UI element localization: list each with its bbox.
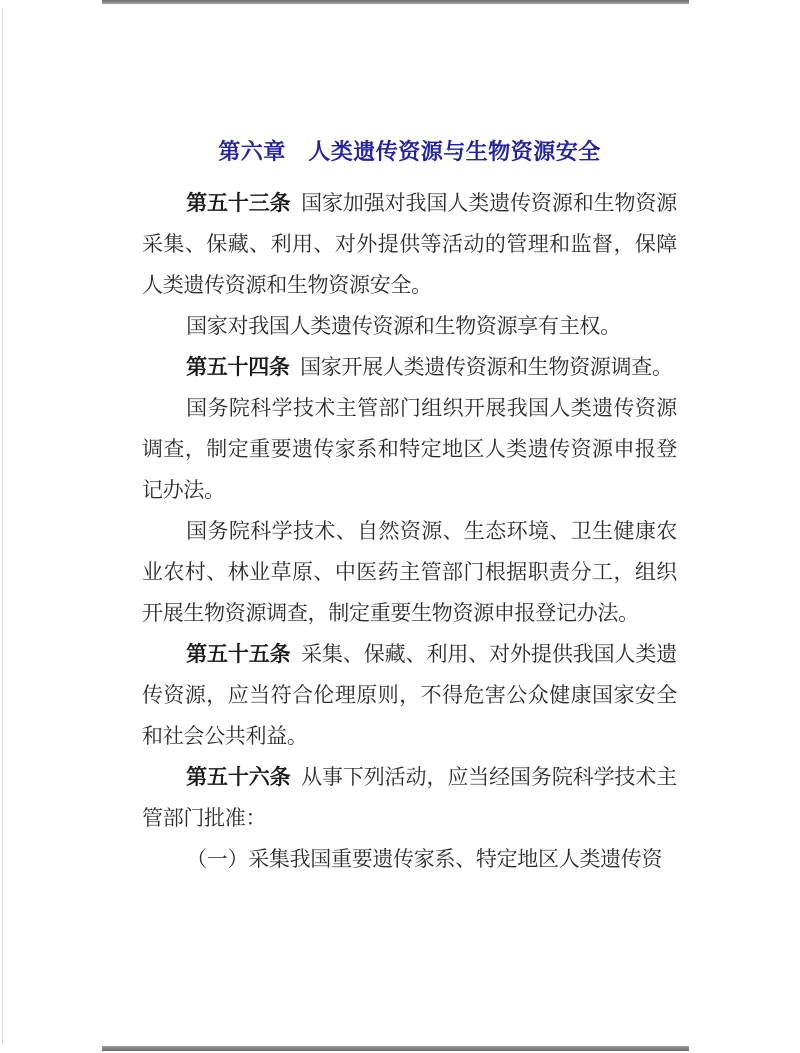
paragraph: 国务院科学技术、自然资源、生态环境、卫生健康农业农村、林业草原、中医药主管部门根… <box>142 511 677 634</box>
left-page-edge-line <box>2 8 3 1045</box>
paragraph-text: 国务院科学技术主管部门组织开展我国人类遗传资源调查，制定重要遗传家系和特定地区人… <box>142 397 677 502</box>
article-number: 第五十四条 <box>186 356 290 379</box>
paragraph-item-1: （一）采集我国重要遗传家系、特定地区人类遗传资 <box>142 839 677 880</box>
paragraph-article-54: 第五十四条国家开展人类遗传资源和生物资源调查。 <box>142 347 677 388</box>
paragraph-article-53: 第五十三条国家加强对我国人类遗传资源和生物资源采集、保藏、利用、对外提供等活动的… <box>142 183 677 306</box>
document-page: 第六章 人类遗传资源与生物资源安全 第五十三条国家加强对我国人类遗传资源和生物资… <box>142 139 677 880</box>
paragraph-text: 国家对我国人类遗传资源和生物资源享有主权。 <box>186 315 621 338</box>
article-number: 第五十五条 <box>186 643 290 666</box>
paragraph-article-56: 第五十六条从事下列活动，应当经国务院科学技术主管部门批准： <box>142 757 677 839</box>
paragraph-article-55: 第五十五条采集、保藏、利用、对外提供我国人类遗传资源，应当符合伦理原则，不得危害… <box>142 634 677 757</box>
previous-page-bottom-edge <box>102 0 689 4</box>
article-number: 第五十六条 <box>186 766 290 789</box>
paragraph-text: （一）采集我国重要遗传家系、特定地区人类遗传资 <box>186 848 662 871</box>
paragraph-text: 国家开展人类遗传资源和生物资源调查。 <box>300 356 673 379</box>
chapter-title: 第六章 人类遗传资源与生物资源安全 <box>142 139 677 165</box>
next-page-top-edge <box>102 1046 689 1051</box>
paragraph: 国家对我国人类遗传资源和生物资源享有主权。 <box>142 306 677 347</box>
paragraph-text: 国务院科学技术、自然资源、生态环境、卫生健康农业农村、林业草原、中医药主管部门根… <box>142 520 677 625</box>
article-number: 第五十三条 <box>186 192 290 215</box>
paragraph: 国务院科学技术主管部门组织开展我国人类遗传资源调查，制定重要遗传家系和特定地区人… <box>142 388 677 511</box>
